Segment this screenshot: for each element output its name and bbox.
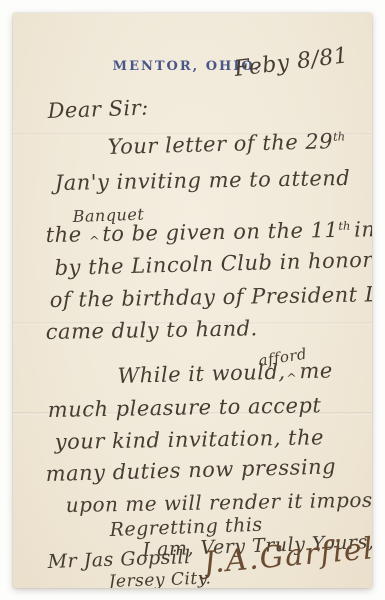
body-line-1-text: Your letter of the 29 xyxy=(107,129,333,159)
body-line-3-post: inst xyxy=(354,217,372,242)
paper-sheet: MENTOR, OHIO. Feby 8/81 Dear Sir: Your l… xyxy=(13,13,372,588)
addressee-city: Jersey City. xyxy=(108,568,211,588)
superscript-th: th xyxy=(338,218,350,232)
body-line-2: Jan'y inviting me to attend xyxy=(55,166,351,195)
body-line-10: many duties now pressing xyxy=(45,454,336,486)
body-line-3: the^to be given on the 11thinst xyxy=(46,217,372,250)
body-line-9: your kind invitation, the xyxy=(55,425,325,454)
body-line-7: While it would,^me xyxy=(117,358,333,390)
letter-photo: MENTOR, OHIO. Feby 8/81 Dear Sir: Your l… xyxy=(0,0,385,600)
body-line-1: Your letter of the 29th xyxy=(107,129,345,159)
body-line-3-mid: to be given on the 11 xyxy=(102,218,338,246)
body-line-7-post: me xyxy=(299,358,333,383)
date-handwritten: Feby 8/81 xyxy=(233,43,350,82)
body-line-4: by the Lincoln Club in honor xyxy=(54,248,372,280)
salutation: Dear Sir: xyxy=(47,95,149,123)
body-line-6: came duly to hand. xyxy=(46,316,258,344)
body-line-11: upon me will render it impossible. xyxy=(66,487,372,517)
insertion-caret: ^ xyxy=(89,233,100,248)
superscript-th: th xyxy=(333,129,345,143)
insertion-caret: ^ xyxy=(286,371,297,386)
body-line-7-pre: While it would, xyxy=(117,360,286,388)
body-line-8: much pleasure to accept xyxy=(48,393,322,422)
body-line-5: of the birthday of President Lincoln xyxy=(50,281,372,312)
body-line-3-pre: the xyxy=(46,222,82,247)
